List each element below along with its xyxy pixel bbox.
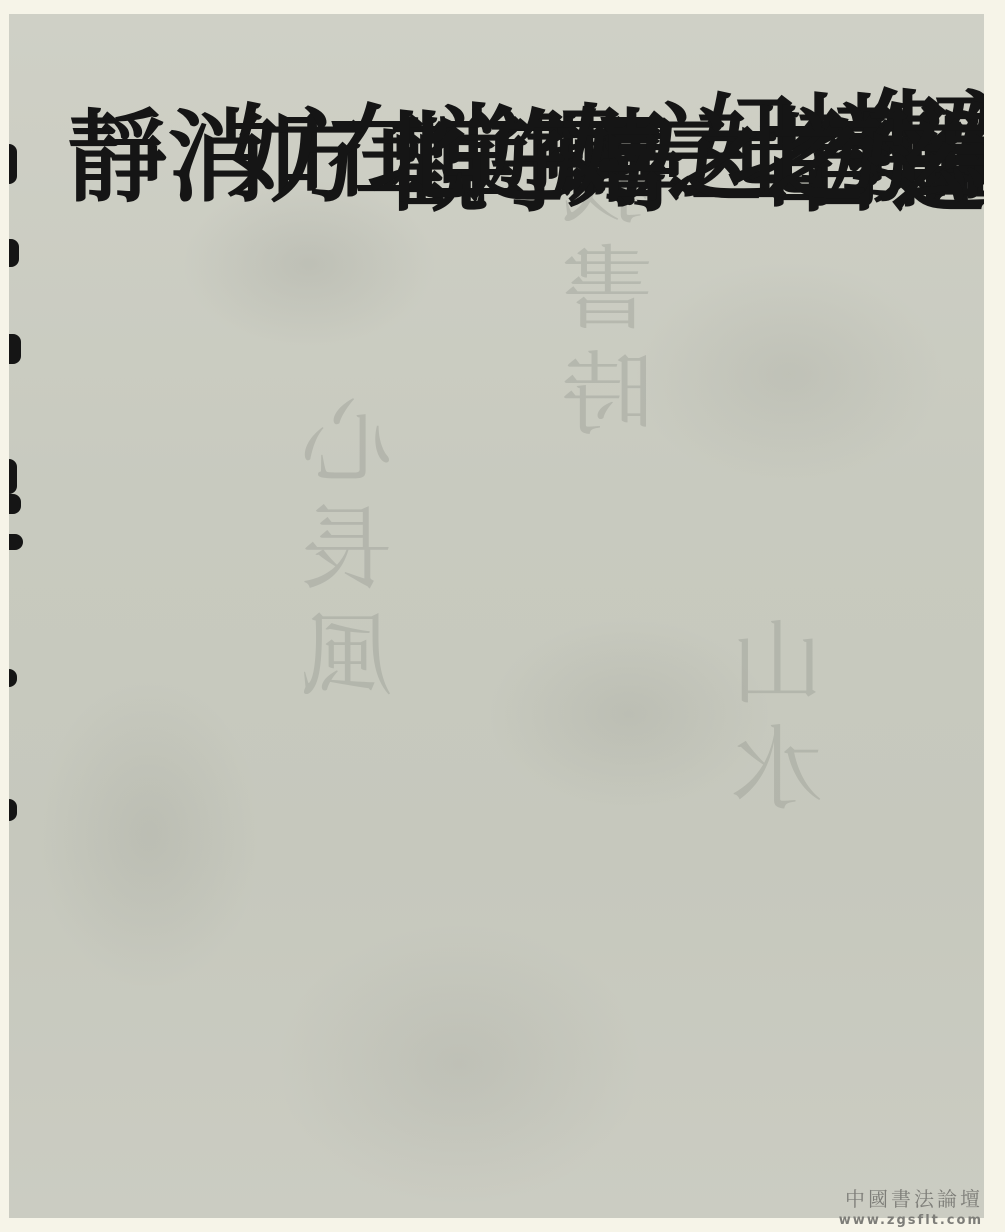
watermark-url: www.zgsflt.com: [839, 1213, 983, 1228]
show-through-ghost-strokes: 山水: [739, 614, 831, 826]
calligraphy-paper: 我書時 心長風 山水 窮 究 經 深 雪 須 之 治 化 悠 蔡 氏 之 出 王…: [9, 14, 984, 1218]
site-watermark: 中國書法論壇 www.zgsflt.com: [839, 1183, 983, 1228]
calligraphy-column-6: 弦 之 之 嬉 遊 北 方 消 靜: [59, 104, 959, 216]
show-through-ghost-strokes: 心長風: [309, 394, 401, 712]
watermark-chinese-text: 中國書法論壇: [839, 1183, 983, 1212]
left-edge-cropped-column: [9, 14, 27, 1218]
